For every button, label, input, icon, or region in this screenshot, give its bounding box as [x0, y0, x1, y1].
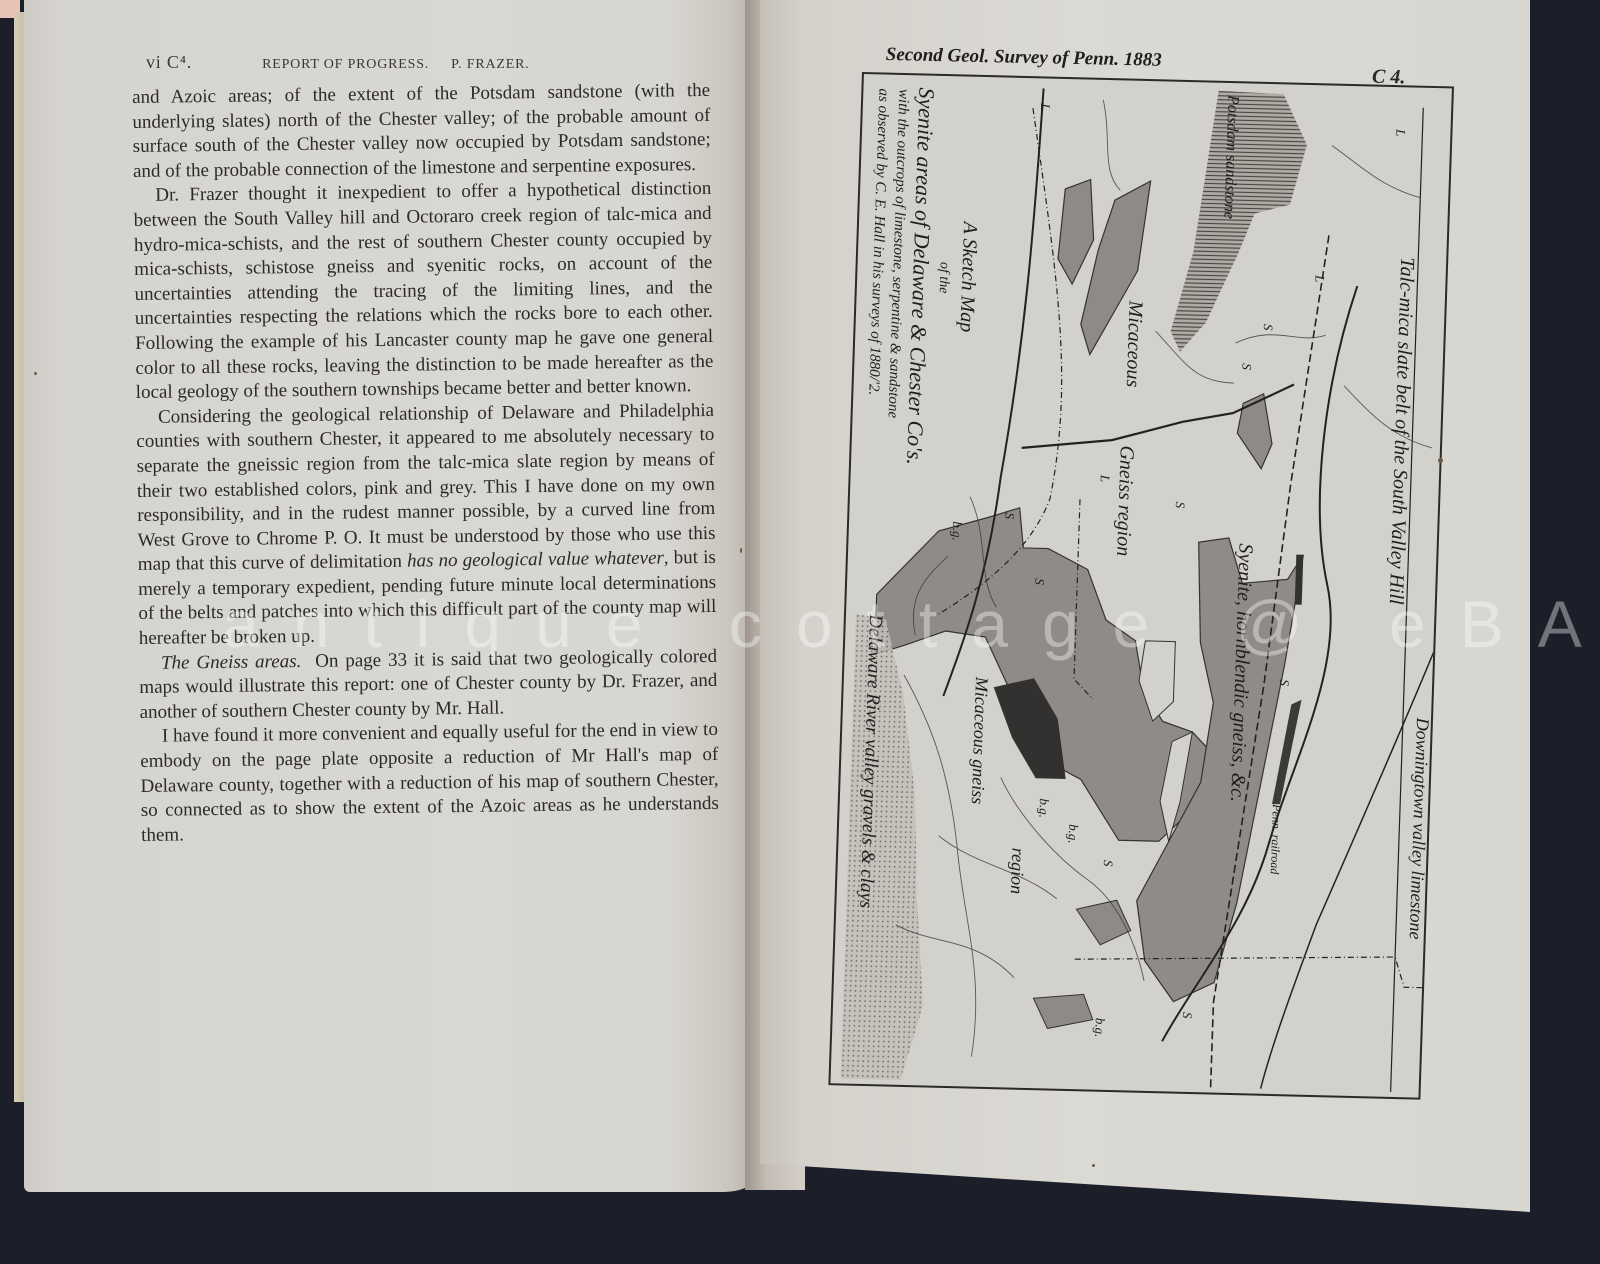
- page-folio: vi C⁴.: [146, 52, 192, 73]
- paper-speck: [34, 372, 37, 375]
- label-limestone: L: [1097, 475, 1113, 483]
- paper-speck: [1438, 458, 1443, 463]
- paragraph: The Gneiss areas. On page 33 it is said …: [139, 645, 718, 726]
- label-gneiss-region: Gneiss region: [1111, 445, 1138, 556]
- label-serpentine: S: [1031, 578, 1047, 585]
- section-heading: The Gneiss areas.: [161, 651, 302, 674]
- paper-speck: [1092, 1164, 1095, 1167]
- label-limestone: L: [1311, 275, 1327, 283]
- label-bg: b.g.: [1035, 798, 1052, 818]
- label-serpentine: S: [1238, 363, 1254, 370]
- geological-map: A Sketch Map of the Syenite areas of Del…: [828, 72, 1454, 1100]
- emphasis-text: has no geological value whatever: [407, 548, 664, 572]
- label-bg: b.g.: [949, 521, 966, 541]
- label-micaceous-north: Micaceous: [1121, 300, 1147, 387]
- paragraph: and Azoic areas; of the extent of the Po…: [132, 79, 711, 184]
- running-author: P. FRAZER.: [451, 57, 529, 73]
- paragraph: Considering the geological relationship …: [136, 399, 717, 652]
- body-text: and Azoic areas; of the extent of the Po…: [132, 79, 719, 848]
- label-serpentine: S: [1179, 1012, 1195, 1019]
- label-serpentine: S: [1172, 502, 1188, 509]
- label-railroad: Penn. railroad: [1267, 804, 1284, 875]
- label-bg: b.g.: [1065, 824, 1082, 844]
- label-serpentine: S: [1260, 324, 1276, 331]
- label-bg: b.g.: [1091, 1018, 1108, 1038]
- label-region-south: region: [1006, 848, 1029, 895]
- label-serpentine: S: [1100, 860, 1116, 867]
- label-limestone: L: [1392, 129, 1408, 137]
- label-micaceous-gneiss-south: Micaceous gneiss: [967, 677, 992, 805]
- paragraph: Dr. Frazer thought it inexpedient to off…: [133, 177, 714, 405]
- label-serpentine: S: [1276, 679, 1292, 686]
- label-serpentine: S: [1001, 512, 1017, 519]
- running-title: REPORT OF PROGRESS.: [262, 57, 429, 73]
- running-head: vi C⁴. REPORT OF PROGRESS. P. FRAZER.: [146, 52, 706, 73]
- label-limestone: L: [1037, 103, 1053, 111]
- map-title-line1: A Sketch Map: [954, 221, 981, 332]
- paper-speck: [740, 548, 742, 553]
- paragraph: I have found it more convenient and equa…: [140, 718, 719, 848]
- river-gravels-area: [841, 614, 936, 1081]
- map-title-line2: of the: [935, 262, 952, 294]
